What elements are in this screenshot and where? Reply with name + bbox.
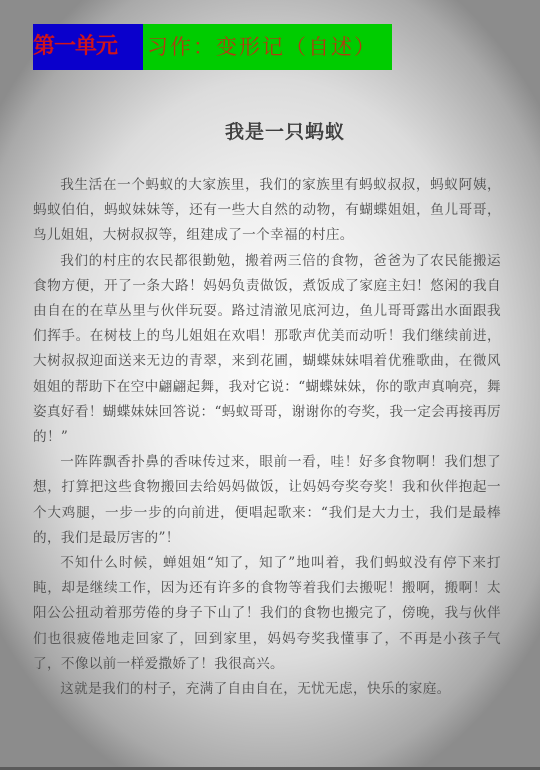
paragraph-3: 一阵阵飘香扑鼻的香味传过来，眼前一看，哇！好多食物啊！我们想了想，打算把这些食物… — [33, 450, 501, 551]
paragraph-4: 不知什么时候，蝉姐姐“知了，知了”地叫着，我们蚂蚁没有停下来打盹，却是继续工作，… — [33, 551, 501, 677]
paragraph-2: 我们的村庄的农民都很勤勉，搬着两三倍的食物，爸爸为了农民能搬运食物方便，开了一条… — [33, 249, 501, 451]
paragraph-1: 我生活在一个蚂蚁的大家族里，我们的家族里有蚂蚁叔叔，蚂蚁阿姨，蚂蚁伯伯，蚂蚁妹妹… — [33, 173, 501, 249]
essay-title: 我是一只蚂蚁 — [0, 117, 540, 144]
unit-label: 第一单元 — [33, 24, 143, 70]
assignment-title: 习作：变形记（自述） — [143, 24, 392, 70]
essay-body: 我生活在一个蚂蚁的大家族里，我们的家族里有蚂蚁叔叔，蚂蚁阿姨，蚂蚁伯伯，蚂蚁妹妹… — [33, 173, 501, 702]
paragraph-5: 这就是我们的村子，充满了自由自在，无忧无虑，快乐的家庭。 — [33, 677, 501, 702]
unit-banner: 第一单元 习作：变形记（自述） — [33, 24, 392, 70]
